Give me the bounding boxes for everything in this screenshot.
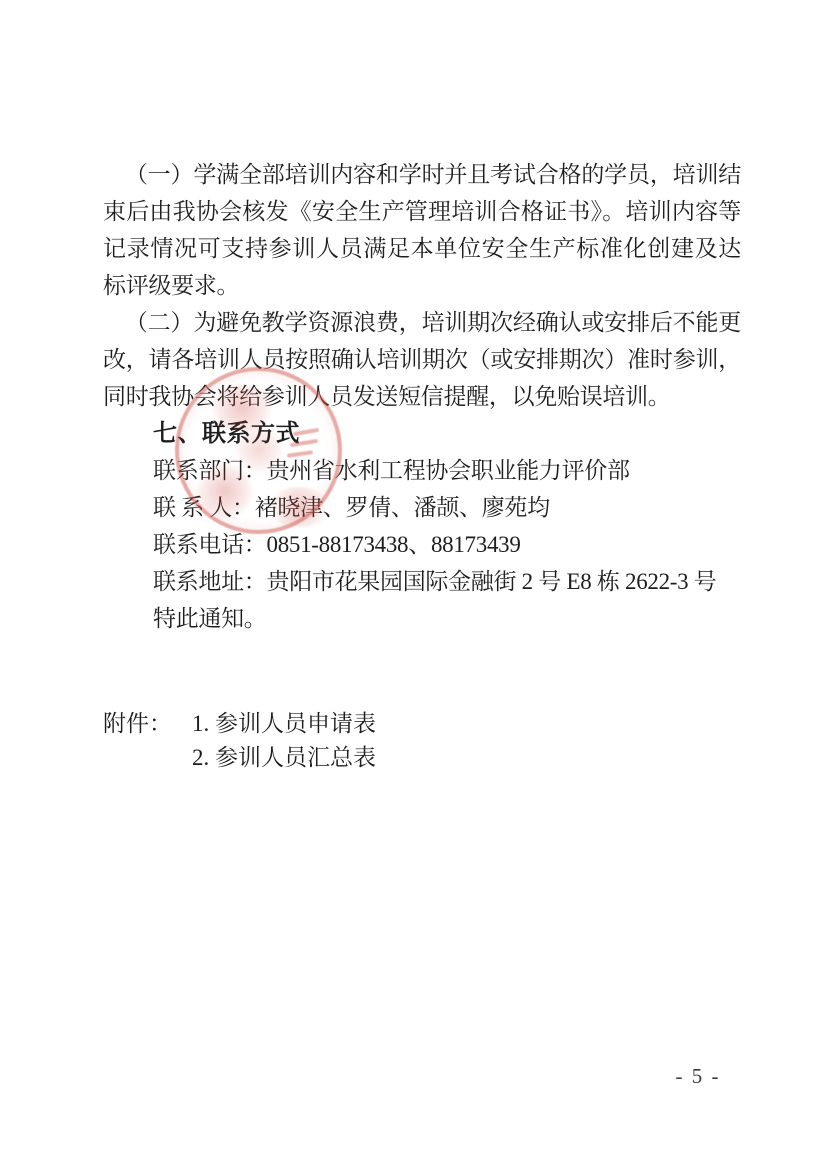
document-body: （一）学满全部培训内容和学时并且考试合格的学员，培训结 束后由我协会核发《安全生…: [103, 156, 741, 637]
paragraph-1-line-3: 记录情况可支持参训人员满足本单位安全生产标准化创建及达: [103, 230, 741, 267]
attachment-item-1: 1. 参训人员申请表: [192, 707, 376, 741]
page-number: - 5 -: [650, 1064, 746, 1089]
attachments-block: 附件： 1. 参训人员申请表 2. 参训人员汇总表: [103, 707, 376, 775]
document-page: （一）学满全部培训内容和学时并且考试合格的学员，培训结 束后由我协会核发《安全生…: [0, 0, 823, 1164]
contact-persons-line: 联 系 人：褚晓津、罗倩、潘颉、廖苑均: [103, 489, 741, 526]
attachments-label: 附件：: [103, 707, 192, 741]
section-heading-contact: 七、联系方式: [103, 415, 741, 452]
paragraph-1-line-1: （一）学满全部培训内容和学时并且考试合格的学员，培训结: [103, 156, 741, 193]
contact-address-line: 联系地址：贵阳市花果园国际金融街 2 号 E8 栋 2622-3 号: [103, 563, 741, 600]
paragraph-1-line-4: 标评级要求。: [103, 267, 741, 304]
contact-phone-line: 联系电话：0851-88173438、88173439: [103, 526, 741, 563]
attachment-item-2: 2. 参训人员汇总表: [192, 741, 376, 775]
paragraph-2-line-3: 同时我协会将给参训人员发送短信提醒，以免贻误培训。: [103, 378, 741, 415]
closing-line: 特此通知。: [103, 600, 741, 637]
paragraph-1-line-2: 束后由我协会核发《安全生产管理培训合格证书》。培训内容等: [103, 193, 741, 230]
attachments-list: 1. 参训人员申请表 2. 参训人员汇总表: [192, 707, 376, 775]
paragraph-2-line-2: 改，请各培训人员按照确认培训期次（或安排期次）准时参训，: [103, 341, 741, 378]
paragraph-2-line-1: （二）为避免教学资源浪费，培训期次经确认或安排后不能更: [103, 304, 741, 341]
contact-department-line: 联系部门：贵州省水利工程协会职业能力评价部: [103, 452, 741, 489]
